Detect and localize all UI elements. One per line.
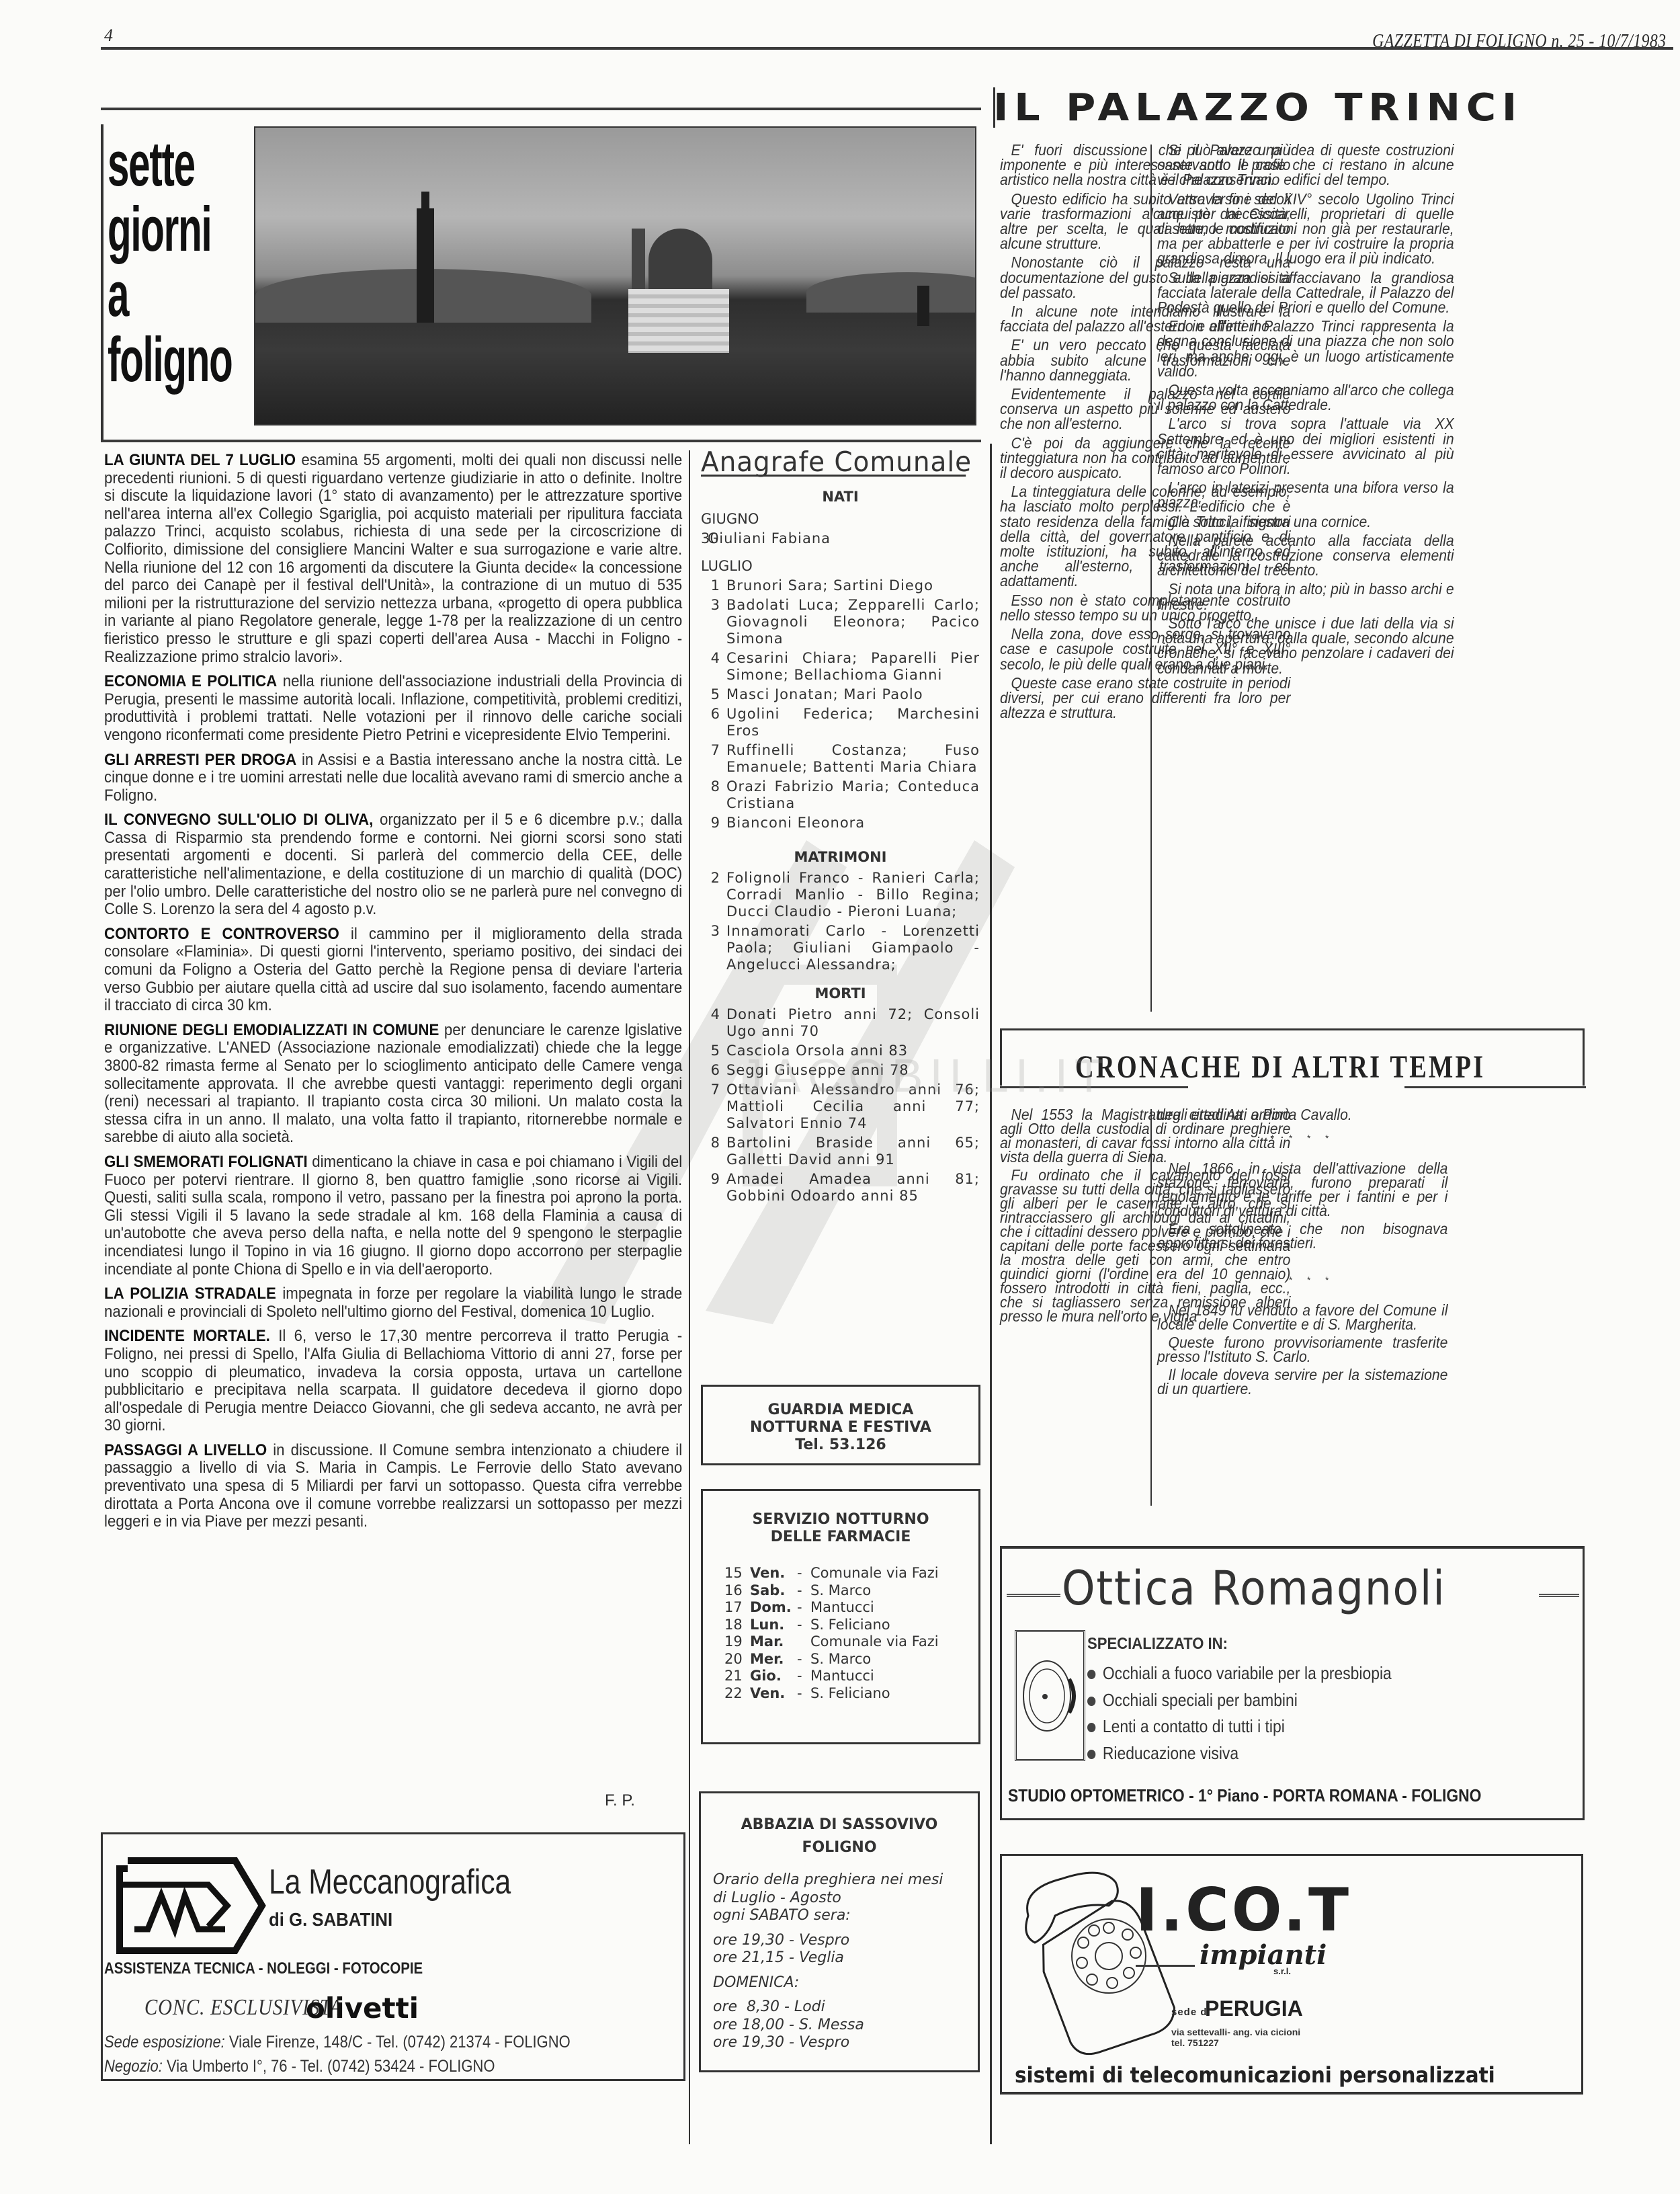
table-row: 21Gio.-Mantucci [703,1668,978,1685]
bullet-icon [1087,1723,1095,1732]
foligno-photo [254,126,976,425]
list-item: Rieducazione visiva [1087,1740,1392,1767]
schedule-item: ore 8,30 - Lodi [713,1998,966,2017]
meccanografica-logo-icon [108,1855,269,1956]
anagrafe-title: Anagrafe Comunale [701,454,966,477]
news-item: IL CONVEGNO SULL'OLIO DI OLIVA, organizz… [104,811,682,919]
watermark-text: JACOBILLI.IT [739,1049,1110,1102]
news-item: INCIDENTE MORTALE. Il 6, verso le 17,30 … [104,1328,682,1435]
schedule-item: ore 19,30 - Vespro [713,1932,966,1950]
icot-address: via settevalli- ang. via cicioni tel. 75… [1171,2027,1300,2048]
table-row: 16Sab.-S. Marco [703,1582,978,1600]
list-item: 9Amadei Amadea anni 81; Gobbini Odoardo … [701,1171,980,1205]
news-item: PASSAGGI A LIVELLO in discussione. Il Co… [104,1442,682,1531]
list-item: Lenti a contatto di tutti i tipi [1087,1713,1392,1740]
separator-stars: * * * * [1157,1273,1447,1287]
table-row: 17Dom.-Mantucci [703,1599,978,1617]
farmacie-box: SERVIZIO NOTTURNODELLE FARMACIE 15Ven.-C… [701,1489,980,1744]
nati-heading: NATI [701,489,980,505]
list-item: Occhiali speciali per bambini [1087,1687,1392,1714]
meccanografica-services: ASSISTENZA TECNICA - NOLEGGI - FOTOCOPIE [104,1959,423,1978]
spec-title: SPECIALIZZATO IN: [1087,1635,1228,1654]
list-item: 8Orazi Fabrizio Maria; Conteduca Cristia… [701,778,980,812]
list-item: 5Masci Jonatan; Mari Paolo [701,686,980,703]
list-item: 1Brunori Sara; Sartini Diego [701,577,980,594]
bullet-icon [1087,1697,1095,1706]
list-item: 8Bartolini Braside anni 65; Galletti Dav… [701,1135,980,1168]
sette-top-rule [101,108,981,110]
spec-list: Occhiali a fuoco variabile per la presbi… [1087,1660,1392,1766]
news-item: GLI ARRESTI PER DROGA in Assisi e a Bast… [104,751,682,805]
matrimoni-heading: MATRIMONI [701,849,980,866]
list-item: 6Ugolini Federica; Marchesini Eros [701,706,980,739]
column-divider [990,444,992,2144]
table-row: 18Lun.-S. Feliciano [703,1617,978,1634]
abbazia-title: ABBAZIA DI SASSOVIVOFOLIGNO [713,1814,966,1859]
icot-impianti: impianti [1200,1939,1327,1971]
schedule-item: ore 19,30 - Vespro [713,2034,966,2052]
farmacie-title: SERVIZIO NOTTURNODELLE FARMACIE [703,1511,978,1546]
list-item: 4Cesarini Chiara; Paparelli Pier Simone;… [701,650,980,684]
list-item: 4Donati Pietro anni 72; Consoli Ugo anni… [701,1006,980,1040]
author-signature: F. P. [605,1791,635,1810]
palazzo-trinci-col2: Si può avere una idea di queste costruzi… [1157,143,1454,680]
news-item: LA POLIZIA STRADALE impegnata in forze p… [104,1285,682,1321]
list-item: 3Innamorati Carlo - Lorenzetti Paola; Gi… [701,923,980,973]
olivetti-logo: olivetti [306,1992,419,2025]
bullet-icon [1087,1670,1095,1679]
news-item: GLI SMEMORATI FOLIGNATI dimenticano la c… [104,1153,682,1278]
table-row: 15Ven.-Comunale via Fazi [703,1565,978,1582]
icot-logo: I.CO.T [1136,1875,1351,1945]
news-item: LA GIUNTA DEL 7 LUGLIO esamina 55 argome… [104,452,682,666]
page-number: 4 [104,26,113,46]
eye-lens-icon [1015,1630,1085,1761]
guardia-medica-box: GUARDIA MEDICA NOTTURNA E FESTIVA Tel. 5… [701,1385,980,1465]
abbazia-box: ABBAZIA DI SASSOVIVOFOLIGNO Orario della… [699,1791,980,2072]
news-item: RIUNIONE DEGLI EMODIALIZZATI IN COMUNE p… [104,1022,682,1147]
list-item: 2Folignoli Franco - Ranieri Carla; Corra… [701,870,980,920]
table-row: 19Mar.Comunale via Fazi [703,1633,978,1651]
ottica-address: STUDIO OPTOMETRICO - 1° Piano - PORTA RO… [1008,1785,1481,1806]
sette-bottom-rule [101,440,981,442]
column-divider [689,450,690,2144]
column-divider [1150,145,1152,1012]
list-item: 3Badolati Luca; Zepparelli Carlo; Giovag… [701,597,980,647]
bullet-icon [1087,1750,1095,1759]
schedule-item: ore 18,00 - S. Messa [713,2017,966,2035]
news-item: CONTORTO E CONTROVERSO il cammino per il… [104,926,682,1015]
table-row: 20Mer.-S. Marco [703,1651,978,1668]
news-item: ECONOMIA E POLITICA nella riunione dell'… [104,673,682,744]
morti-heading: MORTI [701,985,980,1002]
icot-city: PERUGIA [1205,1996,1303,2021]
list-item: 7Ruffinelli Costanza; Fuso Emanuele; Bat… [701,742,980,776]
cronache-col2: degli eredi Atti a Porta Cavallo. * * * … [1157,1108,1447,1400]
list-item: Occhiali a fuoco variabile per la presbi… [1087,1660,1392,1687]
meccanografica-address: Sede esposizione: Viale Firenze, 148/C -… [104,2030,571,2078]
ottica-title: Ottica Romagnoli [1062,1561,1446,1616]
sette-giorni-article: LA GIUNTA DEL 7 LUGLIO esamina 55 argome… [104,452,682,1538]
list-item: 30Giuliani Fabiana [675,530,980,547]
header-rule [101,47,1673,50]
icot-tagline: sistemi di telecomunicazioni personalizz… [1015,2062,1495,2088]
list-item: 9Bianconi Eleonora [701,815,980,831]
separator-stars: * * * * [1157,1131,1447,1145]
guardia-medica-phone: Tel. 53.126 [703,1436,978,1454]
meccanografica-name: La Meccanografica [269,1862,511,1902]
palazzo-trinci-title: IL PALAZZO TRINCI [993,86,1523,130]
schedule-item: ore 21,15 - Veglia [713,1949,966,1967]
table-row: 22Ven.-S. Feliciano [703,1685,978,1703]
sette-giorni-title: sette giorni a foligno [108,131,208,392]
cronache-title: CRONACHE DI ALTRI TEMPI [1075,1049,1485,1086]
column-divider [1150,1109,1152,1506]
